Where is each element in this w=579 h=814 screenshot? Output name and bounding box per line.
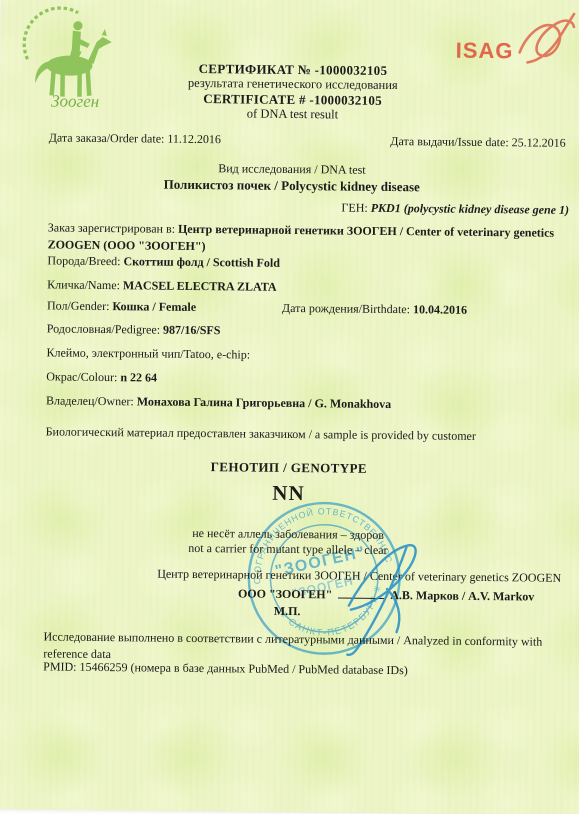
pedigree-value: 987/16/SFS [163,323,221,338]
name-label: Кличка/Name: [47,277,120,292]
chip-label: Клеймо, электронный чип/Tatoo, e-chip: [46,345,250,361]
isag-logo-text: ISAG [456,38,514,65]
birthdate-label: Дата рождения/Birthdate: [282,301,410,316]
issue-date: Дата выдачи/Issue date: 25.12.2016 [390,134,566,151]
colour-value: n 22 64 [120,370,157,384]
pedigree-label: Родословная/Pedigree: [47,321,160,336]
seal-place-mark: М.П. [274,604,301,619]
owner-row: Владелец/Owner: Монахова Галина Григорье… [46,393,391,412]
gene-line: ГЕН: PKD1 (polycystic kidney disease gen… [341,201,569,218]
name-row: Кличка/Name: MACSEL ELECTRA ZLATA [47,277,276,294]
registration-paragraph: Заказ зарегистрирован в: Центр ветеринар… [48,219,570,257]
genotype-heading: ГЕНОТИП / GENOTYPE [0,457,578,478]
registration-label: Заказ зарегистрирован в: [48,220,175,235]
gender-label: Пол/Gender: [47,298,110,313]
sample-note: Биологический материал предоставлен зака… [46,424,476,444]
isag-swirl-icon [513,10,578,69]
scanned-certificate: Зооген ISAG СЕРТИФИКАТ № -1000032105 рез… [0,0,579,814]
owner-label: Владелец/Owner: [46,393,134,408]
breed-row: Порода/Breed: Скоттиш фолд / Scottish Fo… [47,253,280,270]
issue-date-label: Дата выдачи/Issue date: [390,134,509,149]
genotype-value: NN [0,483,578,504]
gene-value: PKD1 (polycystic kidney disease gene 1) [371,201,569,217]
gene-label: ГЕН: [341,201,367,215]
rope-arc-icon [24,8,78,60]
certificate-title-block: СЕРТИФИКАТ № -1000032105 результата гене… [3,59,579,125]
company-name: ООО "ЗООГЕН" [238,586,332,601]
birthdate-value: 10.04.2016 [413,302,467,317]
owner-value: Монахова Галина Григорьевна / G. Monakho… [137,394,392,411]
colour-row: Окрас/Colour: n 22 64 [46,369,157,385]
breed-value: Скоттиш фолд / Scottish Fold [123,254,280,270]
order-date: Дата заказа/Order date: 11.12.2016 [49,130,221,147]
colour-label: Окрас/Colour: [46,369,117,384]
pmid-line: PMID: 15466259 (номера в базе данных Pub… [43,659,408,678]
order-date-label: Дата заказа/Order date: [49,130,165,145]
gender-row: Пол/Gender: Кошка / Female [47,298,196,315]
gender-value: Кошка / Female [112,299,196,314]
birthdate-row: Дата рождения/Birthdate: 10.04.2016 [282,301,467,318]
certificate-paper: Зооген ISAG СЕРТИФИКАТ № -1000032105 рез… [0,0,579,814]
breed-label: Порода/Breed: [47,253,120,268]
issue-date-value: 25.12.2016 [512,135,566,150]
pedigree-row: Родословная/Pedigree: 987/16/SFS [47,321,221,338]
order-date-value: 11.12.2016 [167,132,221,147]
name-value: MACSEL ELECTRA ZLATA [123,278,277,294]
chip-row: Клеймо, электронный чип/Tatoo, e-chip: [46,345,250,362]
